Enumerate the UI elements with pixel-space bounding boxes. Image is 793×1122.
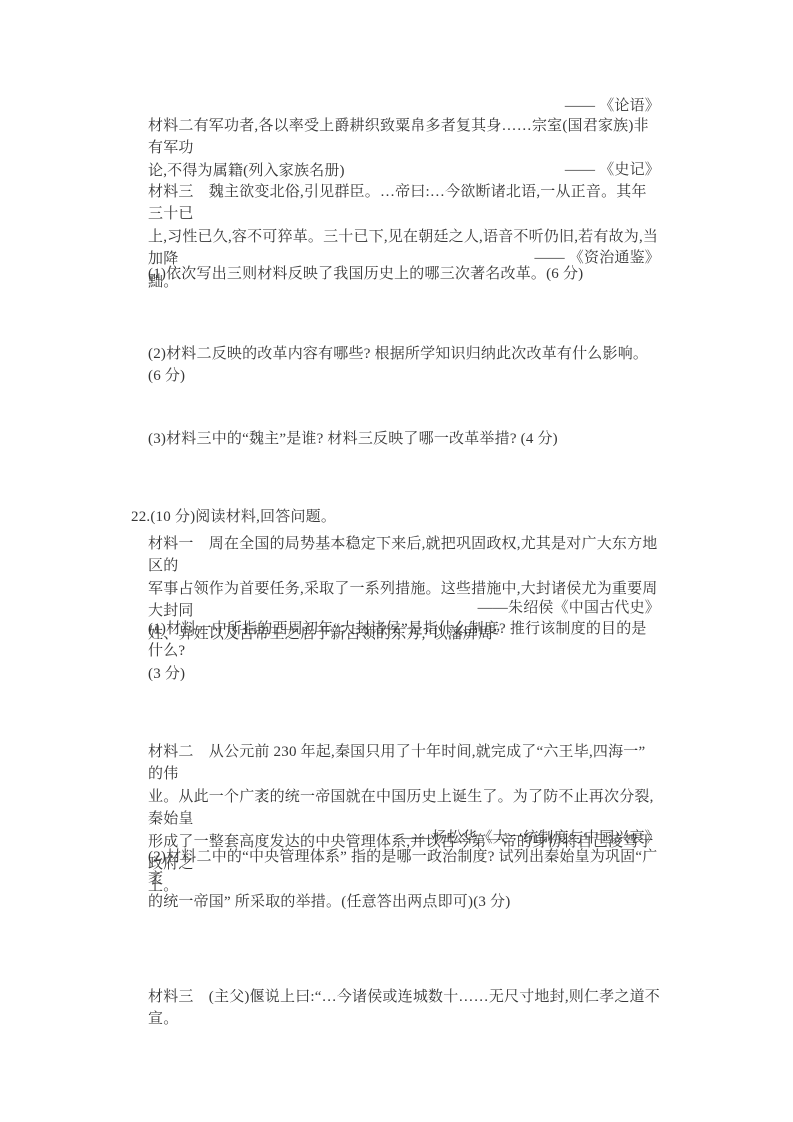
exam-page: —— 《论语》 材料二有军功者,各以率受上爵耕织致粟帛多者复其身……宗室(国君家… <box>0 0 793 1122</box>
q21-sub-question-3: (3)材料三中的“魏主”是谁? 材料三反映了哪一改革举措? (4 分) <box>148 428 660 450</box>
q21-sub-question-1: (1)依次写出三则材料反映了我国历史上的哪三次著名改革。(6 分) <box>148 263 660 285</box>
q21-sub-question-2: (2)材料二反映的改革内容有哪些? 根据所学知识归纳此次改革有什么影响。(6 分… <box>148 343 660 388</box>
q22-sub-question-2: (2)材料二中的“中央管理体系” 指的是哪一政治制度? 试列出秦始皇为巩固“广袤… <box>148 846 660 913</box>
q22-header: 22.(10 分)阅读材料,回答问题。 <box>131 506 660 528</box>
q22-sub-question-1: (1)材料一中所指的西周初年“大封诸侯”是指什么制度? 推行该制度的目的是什么?… <box>148 618 660 685</box>
citation-shiji: —— 《史记》 <box>148 159 660 181</box>
citation-zhongguo-gudaishi: ——朱绍侯《中国古代史》 <box>148 597 670 619</box>
q22-material-three-paragraph: 材料三 (主父)偃说上曰:“…今诸侯或连城数十……无尺寸地封,则仁孝之道不宣。 <box>148 986 660 1031</box>
